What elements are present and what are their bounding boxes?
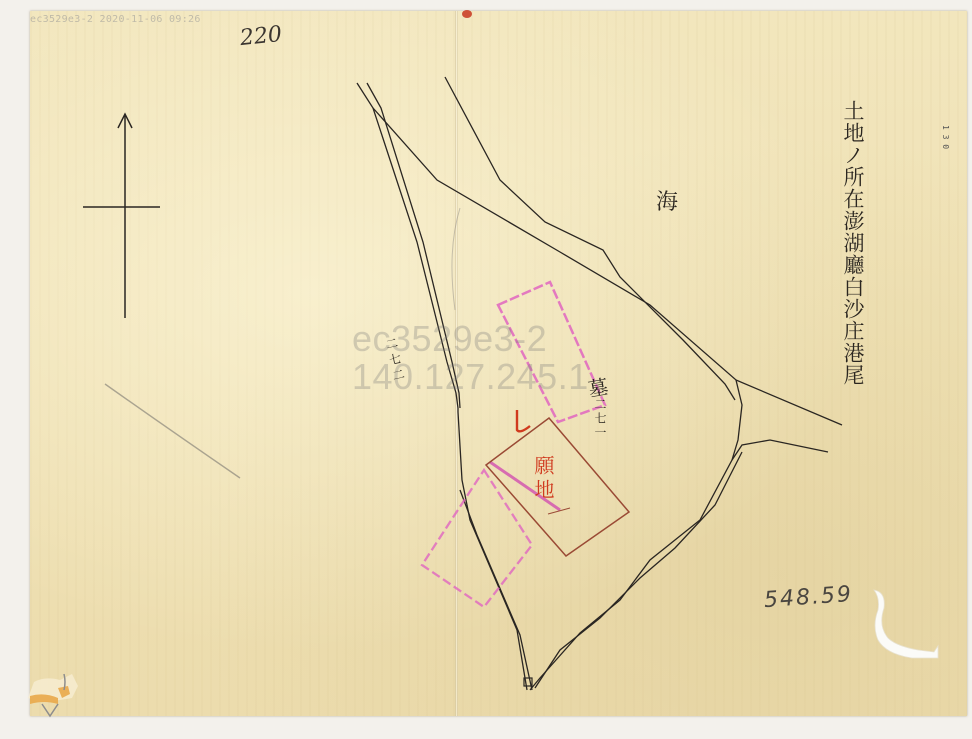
- faint-pencil-line: [452, 208, 460, 310]
- road-double-line: [357, 83, 532, 690]
- page-number: 220: [239, 22, 283, 51]
- red-check-mark-icon: [517, 410, 530, 431]
- margin-marks: 1 3 0: [942, 125, 950, 149]
- land-location-title: 土地ノ所在澎湖廳白沙庄港尾: [838, 100, 864, 386]
- applied-land-label: 願地: [533, 455, 557, 503]
- coast-boundary-line: [373, 77, 842, 425]
- north-arrow-icon: [83, 114, 160, 318]
- grave-parcel-outline: [498, 282, 605, 422]
- paper-tear: [868, 588, 948, 668]
- promontory-boundary: [530, 380, 828, 690]
- pencil-arc: [105, 384, 240, 478]
- map-drawing: [0, 0, 972, 739]
- sea-label: 海: [656, 185, 678, 216]
- lot-number-271: 二七一: [594, 398, 606, 440]
- lower-parcel-outline: [422, 470, 532, 607]
- archive-logo-icon: [20, 668, 90, 728]
- applied-land-parcel-outline: [486, 418, 629, 556]
- ink-stain: [462, 10, 472, 18]
